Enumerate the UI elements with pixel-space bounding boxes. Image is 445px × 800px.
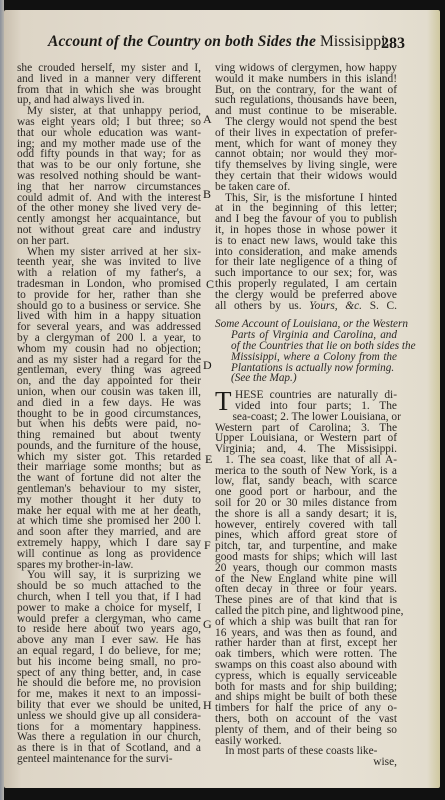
signature-initials: S. C. xyxy=(370,300,397,312)
article-text-line: plenty of them, and of their being so xyxy=(215,725,397,736)
right-column: ving widows of clergymen, how happywould… xyxy=(215,63,397,768)
text-line: ing that her narrow circumstances xyxy=(17,182,201,193)
article-title: Some Account of Louisiana, or the Wester… xyxy=(215,319,397,384)
text-line: of their lives in expectation of prefer- xyxy=(215,128,397,139)
running-title-italic: Account of the Country on both Sides the xyxy=(48,33,316,50)
margin-letter-e: E xyxy=(205,452,212,467)
text-line: and died in a few days. He was xyxy=(17,398,201,409)
text-line: would it make numbers in this island! xyxy=(215,74,397,85)
text-line: be taken care of. xyxy=(215,182,397,193)
article-text-line: cypress, which is equally serviceable xyxy=(215,671,397,682)
article-text-line: sea-coast; 2. The lower Louisiana, or xyxy=(215,412,397,423)
margin-letter-h: H xyxy=(203,698,212,713)
article-text-line: In most parts of these coasts like- xyxy=(215,746,397,757)
text-line: and lived in a manner very different xyxy=(17,74,201,85)
drop-cap: T xyxy=(215,390,232,412)
catchword: wise, xyxy=(215,757,397,768)
margin-letter-b: B xyxy=(203,187,211,202)
closing-line: all others by us. Yours, &c. S. C. xyxy=(215,301,397,312)
margin-letter-f: F xyxy=(204,538,211,553)
margin-letter-a: A xyxy=(203,112,212,127)
margin-letter-d: D xyxy=(203,358,212,373)
article-body: T HESE countries are naturally di-vided … xyxy=(215,390,397,757)
running-title-roman: Missisippi. xyxy=(320,33,390,50)
article-title-line: Missisippi, where a Colony from the xyxy=(215,352,397,363)
text-line: whom my cousin had no objection; xyxy=(17,344,201,355)
margin-letter-g: G xyxy=(203,617,212,632)
text-line: but his income being small, no pro- xyxy=(17,657,201,668)
article-title-line: (See the Map.) xyxy=(215,373,397,384)
text-line: on her part. xyxy=(17,236,201,247)
running-header: Account of the Country on both Sides the… xyxy=(48,33,408,51)
text-line: unless we should give up all considera- xyxy=(17,711,201,722)
closing-text: all others by us. xyxy=(215,300,302,312)
text-line: that our whole education was want- xyxy=(17,128,201,139)
letter-conclusion: ving widows of clergymen, how happywould… xyxy=(215,63,397,301)
page-number: 283 xyxy=(381,35,405,53)
margin-letter-c: C xyxy=(206,277,214,292)
text-line: genteel maintenance for the survi- xyxy=(17,754,201,765)
text-line: to provide for her, rather than she xyxy=(17,290,201,301)
text-line: is to enact new laws, would take this xyxy=(215,236,397,247)
signoff: Yours, &c. xyxy=(309,300,362,312)
left-column: she crouded herself, my sister and I,and… xyxy=(17,63,201,765)
